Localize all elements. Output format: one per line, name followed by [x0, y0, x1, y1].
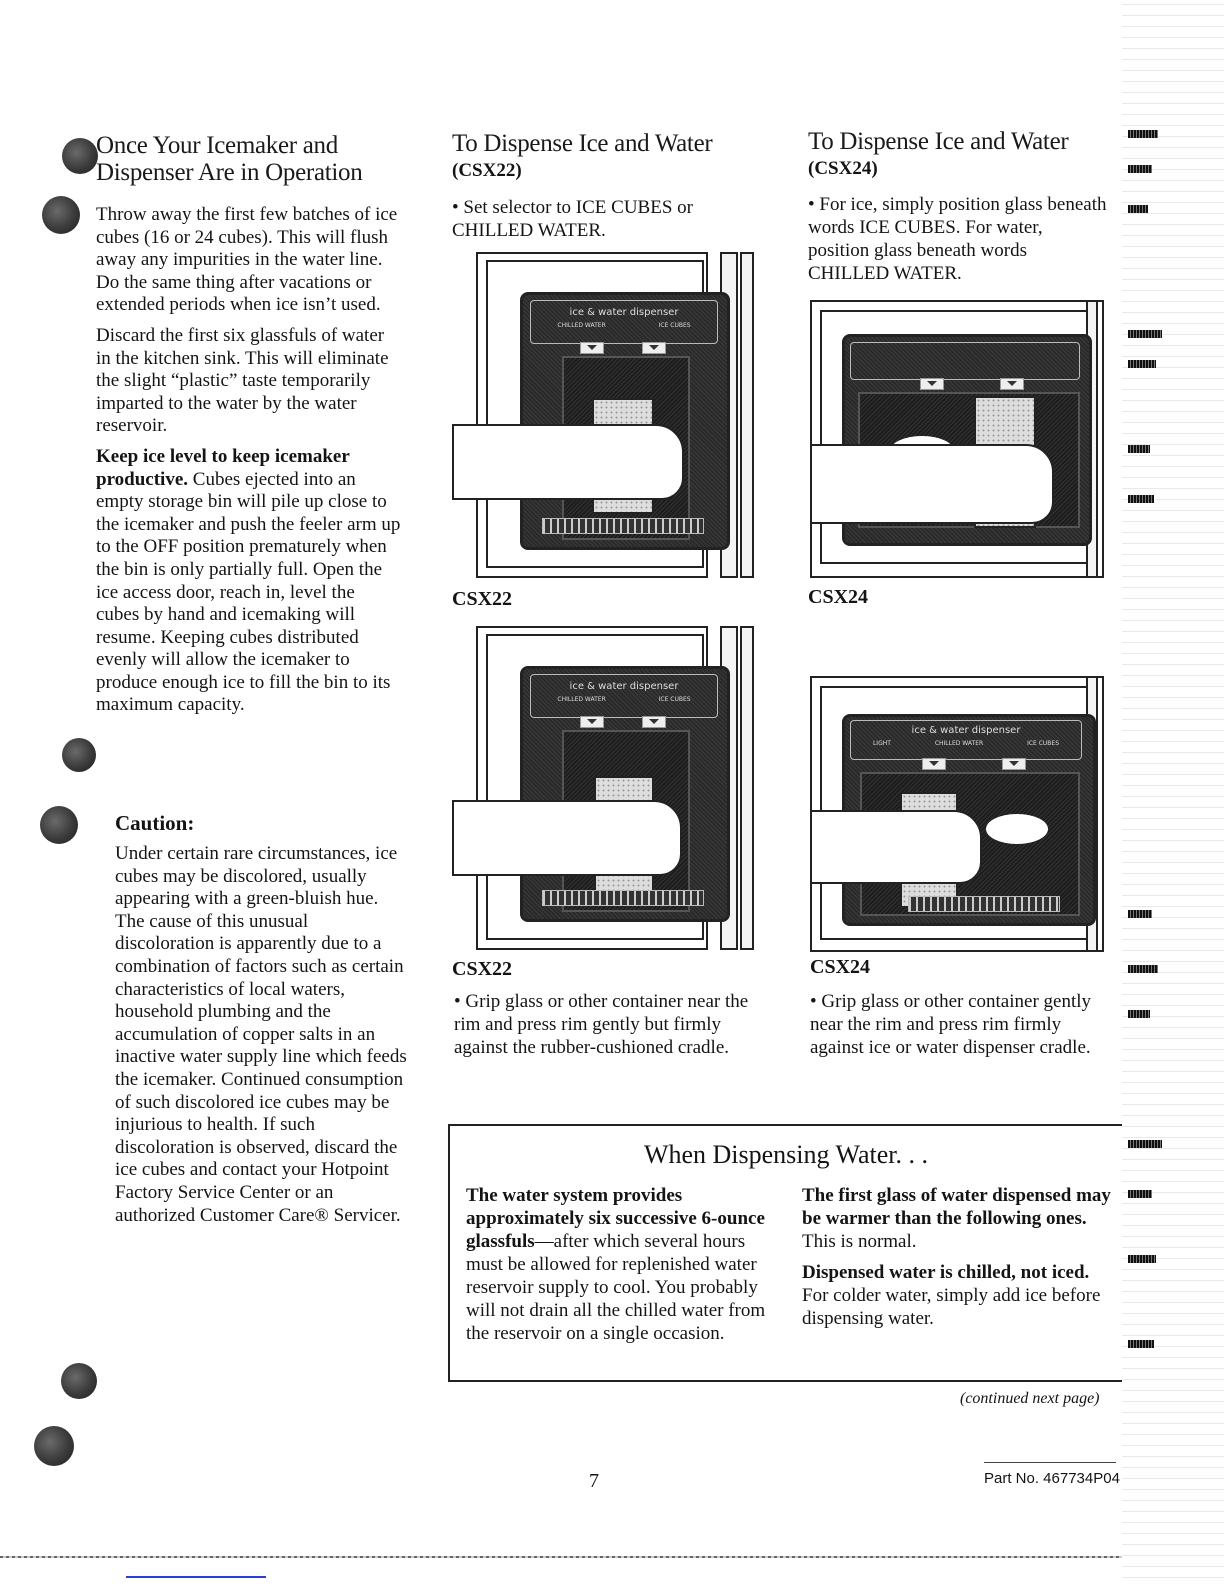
csx24-instruction: • For ice, simply position glass beneath… [808, 193, 1108, 285]
scan-margin-noise [1122, 0, 1224, 1584]
keep-level-text: Cubes ejected into an empty storage bin … [96, 469, 400, 716]
csx24-model: (CSX24) [808, 158, 878, 180]
title-line-2: Dispenser Are in Operation [96, 159, 416, 186]
csx22-grip-instruction: • Grip glass or other container near the… [454, 990, 754, 1059]
binder-hole-icon [61, 1363, 97, 1399]
panel-title: ice & water dispenser [531, 681, 717, 692]
paragraph-flush-ice: Throw away the first few batches of ice … [96, 204, 401, 317]
dispenser-light-icon [986, 814, 1048, 844]
panel-title: ice & water dispenser [531, 307, 717, 318]
csx22-model: (CSX22) [452, 160, 522, 182]
binder-hole-icon [40, 806, 78, 844]
scan-edge-line [0, 1556, 1130, 1558]
left-column-body: Throw away the first few batches of ice … [96, 204, 401, 725]
panel-ice-cubes: ICE CUBES [659, 322, 691, 329]
chilled-water-pad-icon [580, 342, 604, 354]
ice-cubes-pad-icon [642, 342, 666, 354]
page-number: 7 [589, 1470, 599, 1493]
caution-text: Under certain rare circumstances, ice cu… [115, 843, 407, 1227]
csx24-figure1-label: CSX24 [808, 586, 868, 609]
blue-rule [126, 1576, 266, 1578]
water-box-right2-text: For colder water, simply add ice before … [802, 1285, 1100, 1329]
water-box-right1-text: This is normal. [802, 1231, 917, 1252]
ice-cubes-pad-icon [642, 716, 666, 728]
binder-hole-icon [34, 1426, 74, 1466]
binder-hole-icon [42, 196, 80, 234]
csx24-title: To Dispense Ice and Water [808, 128, 1128, 155]
ice-cubes-pad-icon [1002, 758, 1026, 770]
part-no-rule [984, 1462, 1116, 1463]
panel-light: LIGHT [873, 740, 891, 747]
ice-cubes-pad-icon [1000, 378, 1024, 390]
chilled-water-pad-icon [920, 378, 944, 390]
binder-hole-icon [62, 738, 96, 772]
hand-icon [810, 444, 1054, 524]
part-number: Part No. 467734P04 [984, 1470, 1120, 1487]
panel-chilled-water: CHILLED WATER [557, 322, 605, 329]
csx22-figure1-label: CSX22 [452, 588, 512, 611]
water-box-title: When Dispensing Water. . . [450, 1140, 1122, 1170]
panel-ice-cubes: ICE CUBES [659, 696, 691, 703]
panel-ice-cubes: ICE CUBES [1027, 740, 1059, 747]
panel-chilled-water: CHILLED WATER [935, 740, 983, 747]
water-box-right1-bold: The first glass of water dispensed may b… [802, 1185, 1111, 1229]
continued-note: (continued next page) [960, 1390, 1100, 1408]
csx22-instruction: • Set selector to ICE CUBES or CHILLED W… [452, 196, 752, 242]
caution-title: Caution: [115, 811, 194, 836]
water-box-right2-bold: Dispensed water is chilled, not iced. [802, 1262, 1089, 1283]
water-box-left: The water system provides approximately … [466, 1184, 776, 1345]
panel-chilled-water: CHILLED WATER [557, 696, 605, 703]
csx24-dispenser-illustration-water: ice & water dispenser LIGHTCHILLED WATER… [808, 674, 1110, 952]
csx24-grip-instruction: • Grip glass or other container gently n… [810, 990, 1110, 1059]
csx22-figure2-label: CSX22 [452, 958, 512, 981]
title-line-1: Once Your Icemaker and [96, 132, 416, 159]
hand-icon [452, 800, 682, 876]
binder-hole-icon [62, 138, 98, 174]
water-info-box: When Dispensing Water. . . The water sys… [448, 1124, 1124, 1382]
hand-icon [452, 424, 684, 500]
paragraph-discard-water: Discard the first six glassfuls of water… [96, 325, 401, 438]
chilled-water-pad-icon [922, 758, 946, 770]
csx22-dispenser-illustration-water: ice & water dispenser CHILLED WATERICE C… [452, 624, 762, 952]
chilled-water-pad-icon [580, 716, 604, 728]
paragraph-keep-level: Keep ice level to keep icemaker producti… [96, 446, 401, 717]
water-box-right: The first glass of water dispensed may b… [802, 1184, 1112, 1330]
section-title: Once Your Icemaker and Dispenser Are in … [96, 132, 416, 186]
csx22-dispenser-illustration-ice: ice & water dispenser CHILLED WATERICE C… [452, 250, 762, 580]
csx24-dispenser-illustration-ice [808, 298, 1110, 578]
hand-icon [810, 810, 982, 884]
csx24-figure2-label: CSX24 [810, 956, 870, 979]
panel-title: ice & water dispenser [851, 725, 1081, 736]
csx22-title: To Dispense Ice and Water [452, 130, 782, 157]
